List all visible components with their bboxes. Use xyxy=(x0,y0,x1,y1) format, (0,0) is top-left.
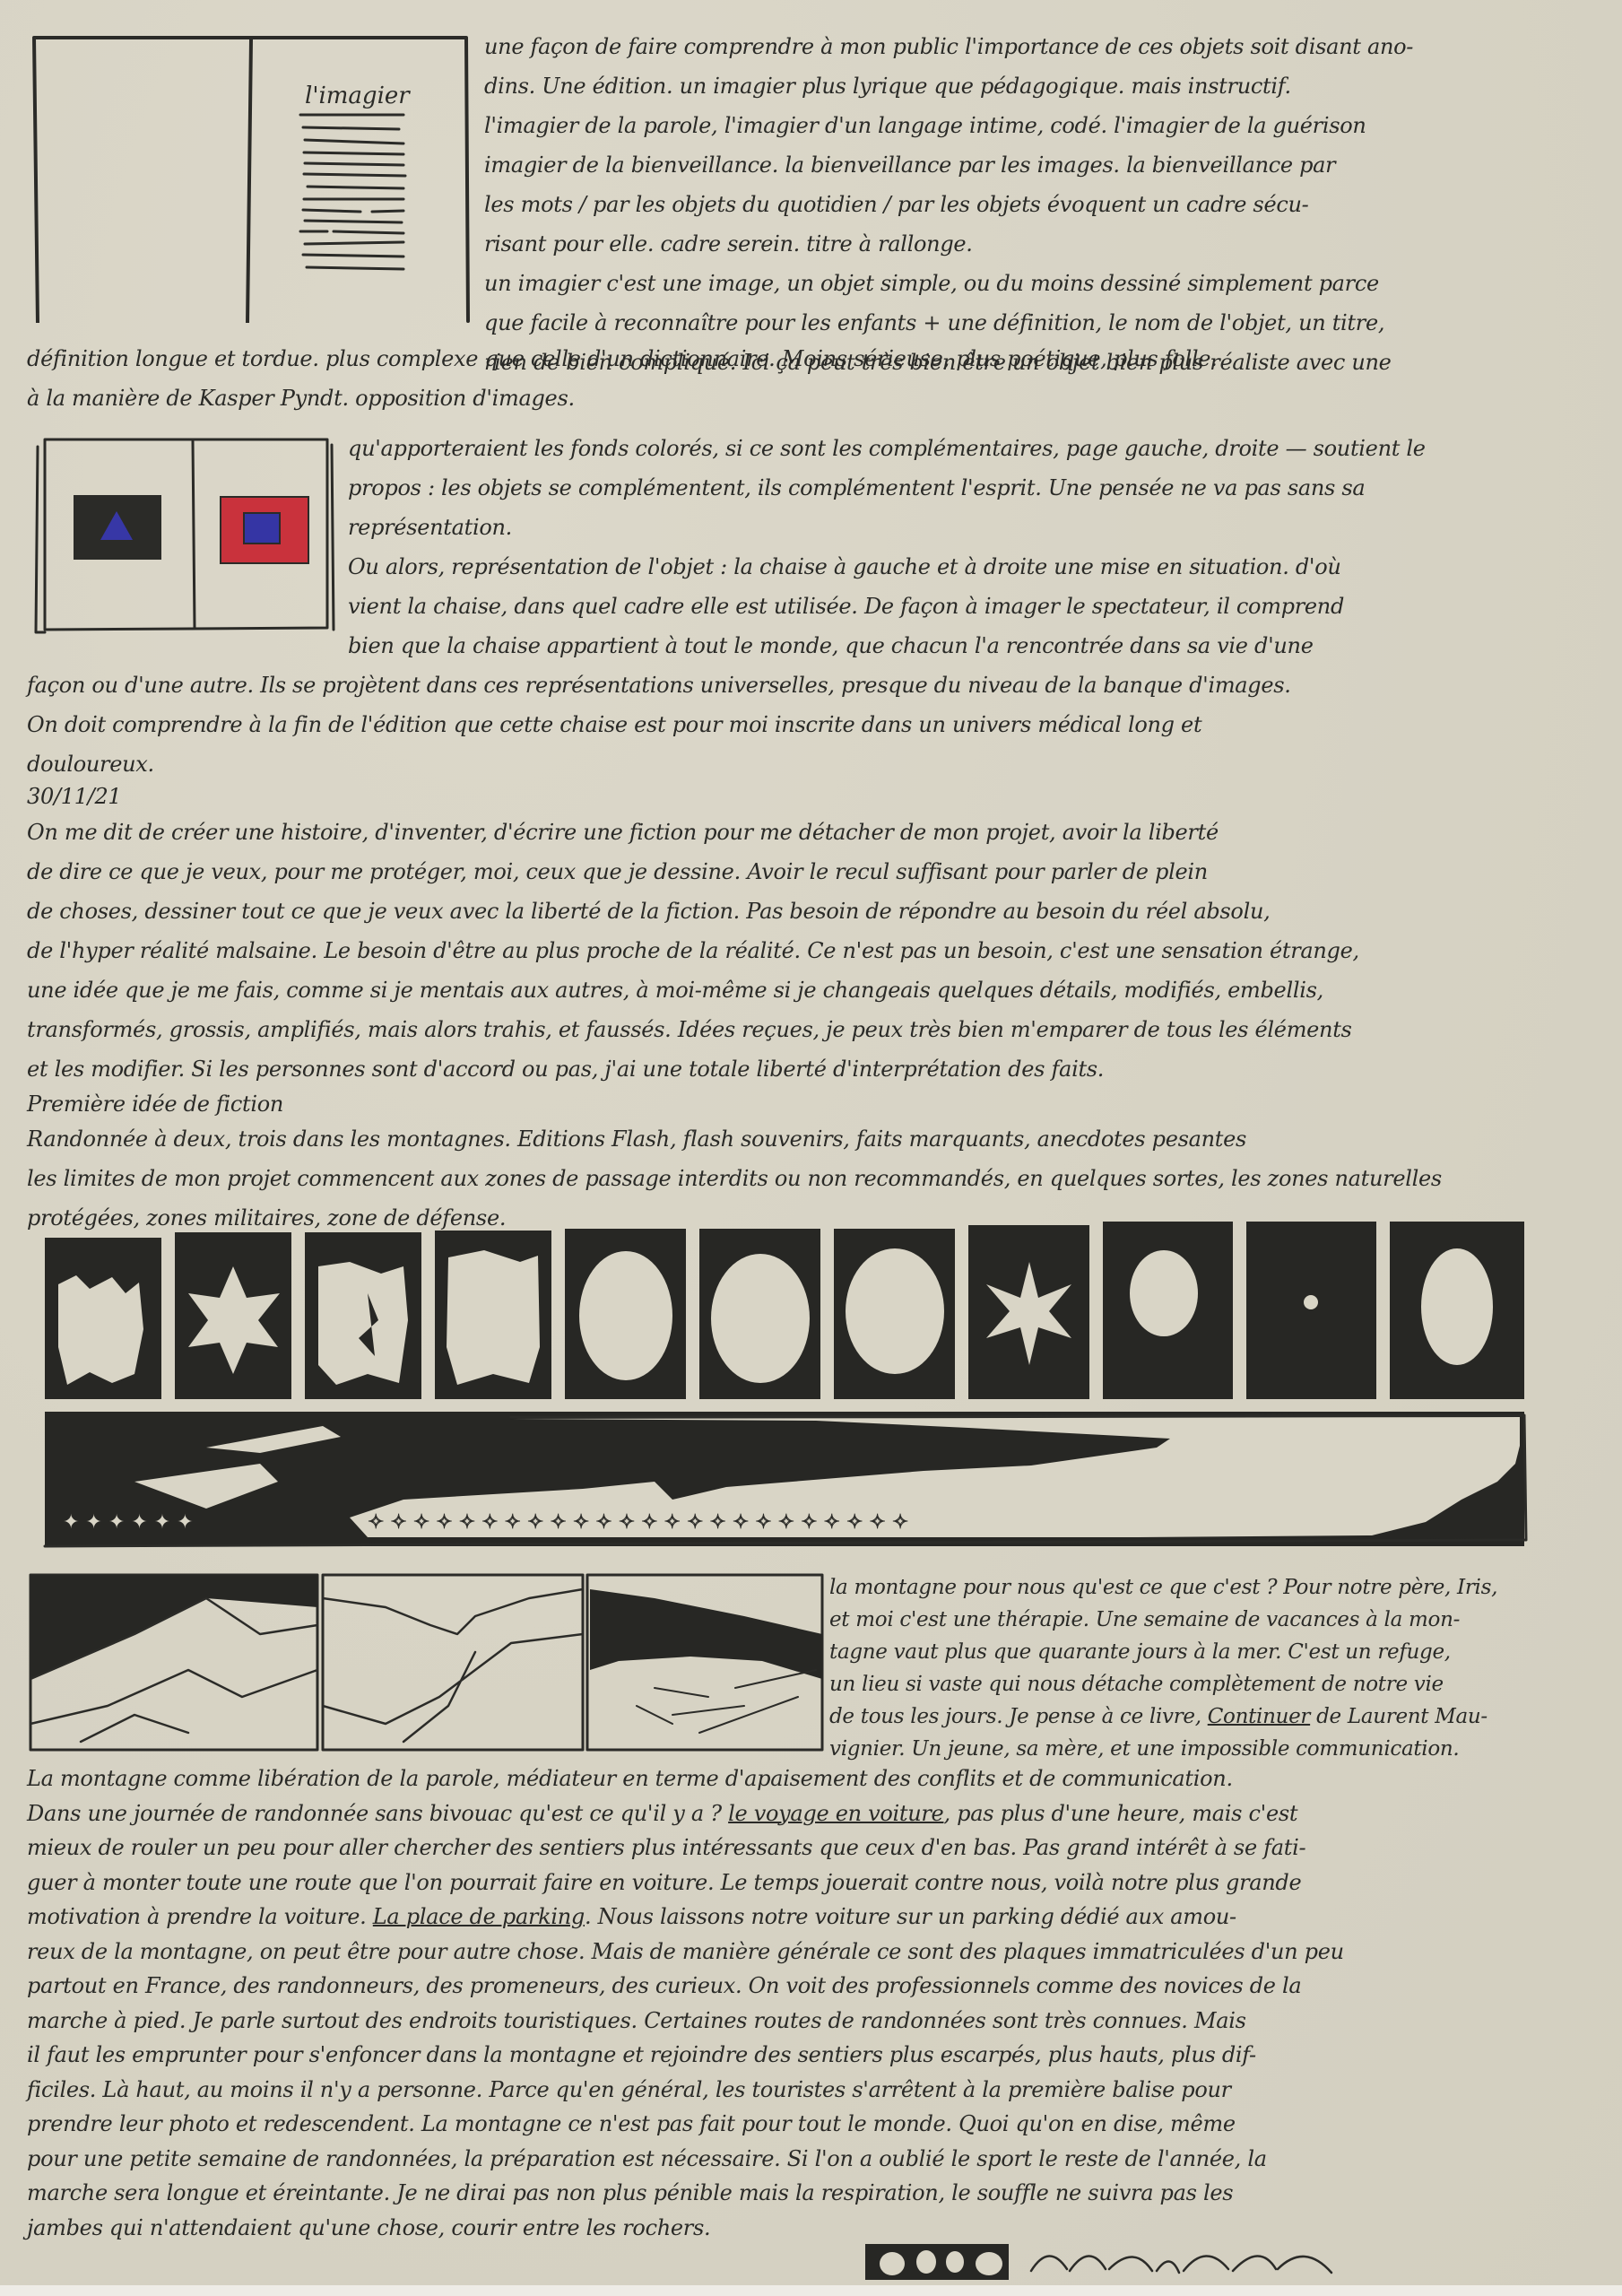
text-line: propos : les objets se complémentent, il… xyxy=(348,468,1426,508)
text-line: bien que la chaise appartient à tout le … xyxy=(348,626,1426,665)
entry-date: 30/11/21 xyxy=(27,780,1442,813)
text-fragment: de Laurent Mau- xyxy=(1310,1705,1488,1728)
text-line: les mots / par les objets du quotidien /… xyxy=(484,185,1413,224)
text-line: de choses, dessiner tout ce que je veux … xyxy=(27,891,1442,931)
text-fragment: Dans une journée de randonnée sans bivou… xyxy=(27,1801,728,1826)
text-line: façon ou d'une autre. Ils se projètent d… xyxy=(27,665,1291,705)
text-line: un lieu si vaste qui nous détache complè… xyxy=(829,1668,1497,1700)
section4-text-right: la montagne pour nous qu'est ce que c'es… xyxy=(829,1571,1497,1765)
sketch-imagier-book: l'imagier xyxy=(27,27,475,323)
dark-panels xyxy=(45,1222,1524,1399)
text-line: La montagne comme libération de la parol… xyxy=(27,1761,1344,1796)
text-line: un imagier c'est une image, un objet sim… xyxy=(484,264,1413,303)
underlined-phrase: le voyage en voiture xyxy=(728,1801,943,1826)
text-line: marche sera longue et éreintante. Je ne … xyxy=(27,2176,1344,2211)
text-line: Ou alors, représentation de l'objet : la… xyxy=(348,547,1426,587)
mountain-panel-3 xyxy=(587,1575,822,1750)
text-line: jambes qui n'attendaient qu'une chose, c… xyxy=(27,2211,1344,2246)
hop-arrows xyxy=(1031,2256,1331,2273)
book-title: Continuer xyxy=(1208,1705,1310,1728)
subheading: Première idée de fiction xyxy=(27,1089,1442,1119)
sketch-panel-strip: ✦ ✦ ✦ ✦ ✦ ✦ ✧ ✧ ✧ ✧ ✧ ✧ ✧ ✧ ✧ ✧ ✧ ✧ ✧ ✧ … xyxy=(27,1213,1596,1553)
text-line: douloureux. xyxy=(27,744,1291,784)
text-line: vignier. Un jeune, sa mère, et une impos… xyxy=(829,1733,1497,1765)
text-line: pour une petite semaine de randonnées, l… xyxy=(27,2142,1344,2177)
text-line: représentation. xyxy=(348,508,1426,547)
text-line: et moi c'est une thérapie. Une semaine d… xyxy=(829,1604,1497,1636)
text-line: l'imagier de la parole, l'imagier d'un l… xyxy=(484,106,1413,145)
text-fragment: de tous les jours. Je pense à ce livre, xyxy=(829,1705,1208,1728)
sketch-mountain-panels xyxy=(27,1571,825,1755)
imagier-label: l'imagier xyxy=(305,83,411,109)
text-line: que facile à reconnaître pour les enfant… xyxy=(484,303,1413,343)
text-line-with-book-title: de tous les jours. Je pense à ce livre, … xyxy=(829,1700,1497,1733)
text-line-with-underline: motivation à prendre la voiture. La plac… xyxy=(27,1900,1344,1935)
text-line: vient la chaise, dans quel cadre elle es… xyxy=(348,587,1426,626)
text-line: transformés, grossis, amplifiés, mais al… xyxy=(27,1010,1442,1049)
text-line: partout en France, des randonneurs, des … xyxy=(27,1969,1344,2004)
section2-text-full: façon ou d'une autre. Ils se projètent d… xyxy=(27,665,1291,784)
text-line: tagne vaut plus que quarante jours à la … xyxy=(829,1636,1497,1668)
text-line: mieux de rouler un peu pour aller cherch… xyxy=(27,1831,1344,1865)
section4-text-full: La montagne comme libération de la parol… xyxy=(27,1761,1344,2245)
mountain-panel-1 xyxy=(30,1575,317,1750)
text-line: On me dit de créer une histoire, d'inven… xyxy=(27,813,1442,852)
text-line: de l'hyper réalité malsaine. Le besoin d… xyxy=(27,931,1442,970)
text-line: qu'apporteraient les fonds colorés, si c… xyxy=(348,429,1426,468)
text-line: reux de la montagne, on peut être pour a… xyxy=(27,1935,1344,1970)
landscape-band: ✦ ✦ ✦ ✦ ✦ ✦ ✧ ✧ ✧ ✧ ✧ ✧ ✧ ✧ ✧ ✧ ✧ ✧ ✧ ✧ … xyxy=(45,1412,1526,1546)
text-line: marche à pied. Je parle surtout des endr… xyxy=(27,2004,1344,2039)
underlined-phrase: La place de parking xyxy=(373,1904,585,1929)
svg-text:✧ ✧ ✧ ✧ ✧ ✧ ✧ ✧ ✧ ✧ ✧ ✧ ✧ ✧ ✧: ✧ ✧ ✧ ✧ ✧ ✧ ✧ ✧ ✧ ✧ ✧ ✧ ✧ ✧ ✧ ✧ ✧ ✧ ✧ ✧ … xyxy=(368,1511,908,1534)
text-line: risant pour elle. cadre serein. titre à … xyxy=(484,224,1413,264)
section1-text-full: définition longue et tordue. plus comple… xyxy=(27,339,1217,418)
text-fragment: . Nous laissons notre voiture sur un par… xyxy=(585,1904,1236,1929)
text-line: imagier de la bienveillance. la bienveil… xyxy=(484,145,1413,185)
section2-text-right: qu'apporteraient les fonds colorés, si c… xyxy=(348,429,1426,665)
text-line: à la manière de Kasper Pyndt. opposition… xyxy=(27,378,1217,418)
text-line: une façon de faire comprendre à mon publ… xyxy=(484,27,1413,66)
text-line: les limites de mon projet commencent aux… xyxy=(27,1159,1442,1198)
text-line: prendre leur photo et redescendent. La m… xyxy=(27,2107,1344,2142)
text-line: définition longue et tordue. plus comple… xyxy=(27,339,1217,378)
text-fragment: motivation à prendre la voiture. xyxy=(27,1904,373,1929)
text-line: une idée que je me fais, comme si je men… xyxy=(27,970,1442,1010)
mountain-panel-2 xyxy=(323,1575,583,1750)
text-line: la montagne pour nous qu'est ce que c'es… xyxy=(829,1571,1497,1604)
blue-square xyxy=(244,513,280,544)
text-line: On doit comprendre à la fin de l'édition… xyxy=(27,705,1291,744)
sketch-rocks-hops xyxy=(865,2242,1600,2283)
text-line: de dire ce que je veux, pour me protéger… xyxy=(27,852,1442,891)
text-line: Randonnée à deux, trois dans les montagn… xyxy=(27,1119,1442,1159)
text-line: il faut les emprunter pour s'enfoncer da… xyxy=(27,2038,1344,2073)
text-line: ficiles. Là haut, au moins il n'y a pers… xyxy=(27,2073,1344,2108)
page-bottom-edge xyxy=(0,2285,1622,2296)
text-line: dins. Une édition. un imagier plus lyriq… xyxy=(484,66,1413,106)
section3-text: 30/11/21 On me dit de créer une histoire… xyxy=(27,780,1442,1238)
text-line: guer à monter toute une route que l'on p… xyxy=(27,1865,1344,1900)
section1-text-right: une façon de faire comprendre à mon publ… xyxy=(484,27,1413,382)
text-line: et les modifier. Si les personnes sont d… xyxy=(27,1049,1442,1089)
text-fragment: , pas plus d'une heure, mais c'est xyxy=(943,1801,1297,1826)
svg-text:✦ ✦ ✦ ✦ ✦ ✦: ✦ ✦ ✦ ✦ ✦ ✦ xyxy=(63,1511,194,1534)
sketch-colored-spread xyxy=(27,430,341,637)
text-line-with-underline: Dans une journée de randonnée sans bivou… xyxy=(27,1796,1344,1831)
